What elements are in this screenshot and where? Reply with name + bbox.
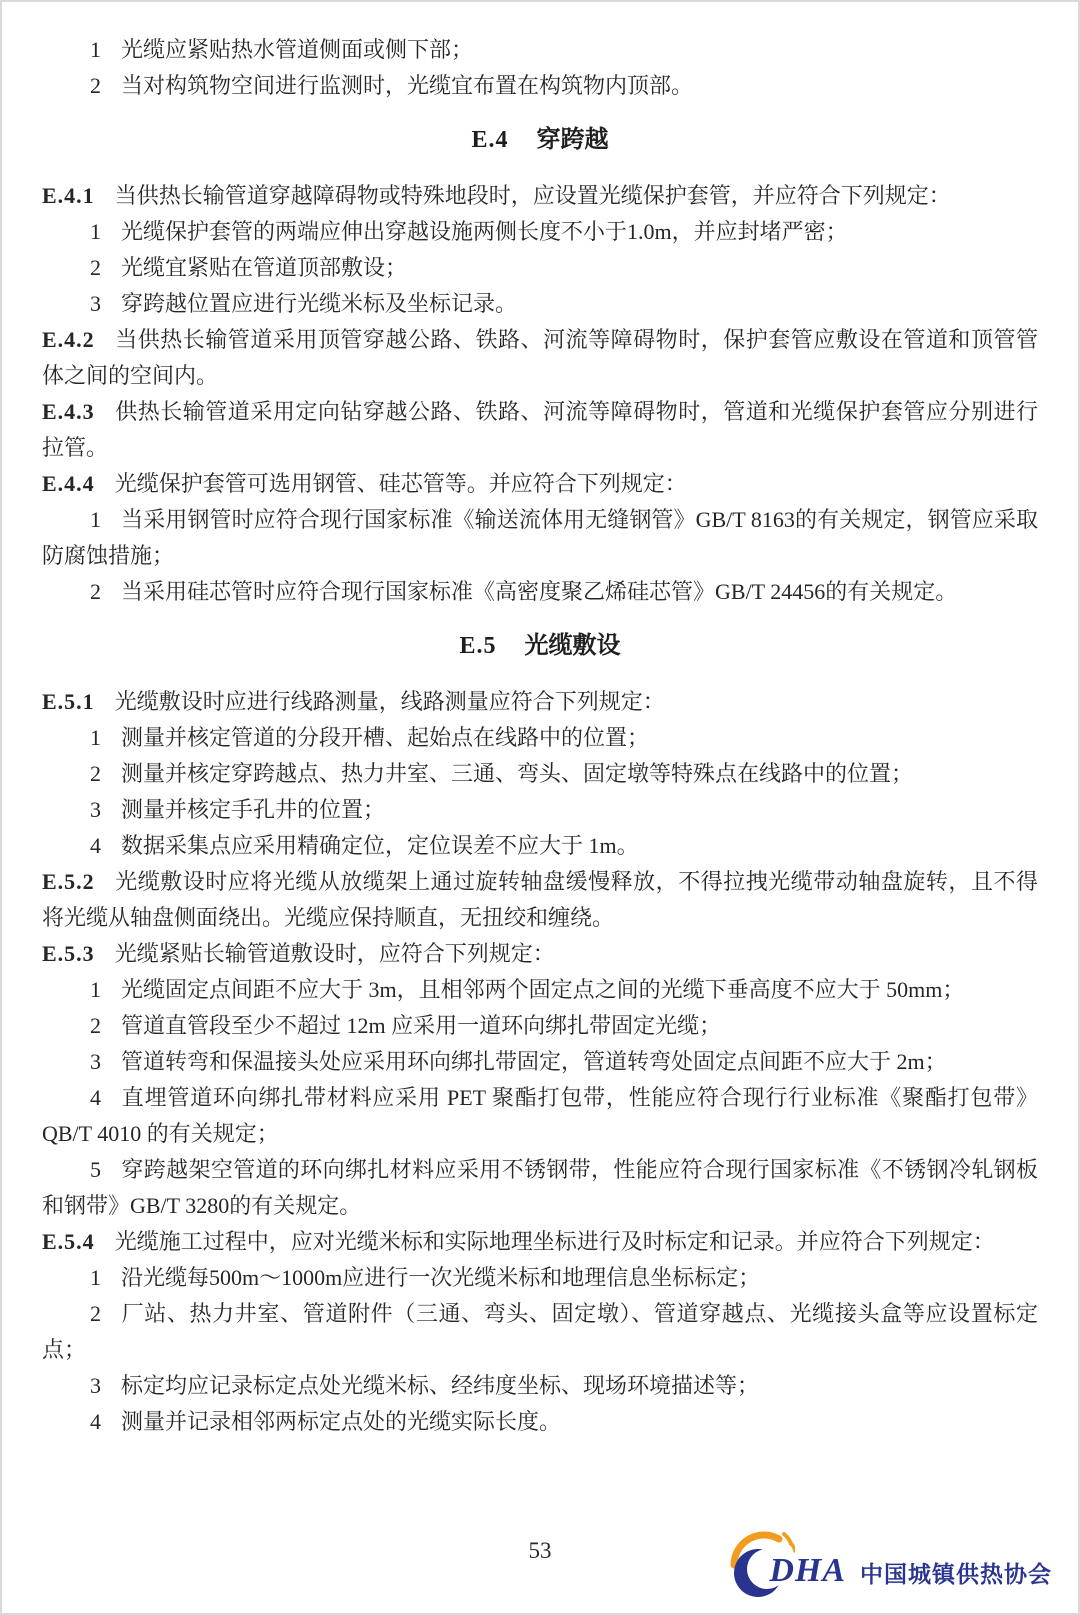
section-title: 光缆敷设 <box>525 633 621 659</box>
item-number: 1 <box>90 1265 101 1290</box>
list-item: 2当采用硅芯管时应符合现行国家标准《高密度聚乙烯硅芯管》GB/T 24456的有… <box>42 574 1038 610</box>
item-number: 1 <box>90 507 101 532</box>
item-text: 测量并核定管道的分段开槽、起始点在线路中的位置； <box>121 725 649 750</box>
item-number: 1 <box>90 725 101 750</box>
logo-org-name: 中国城镇供热协会 <box>860 1556 1052 1589</box>
section-number: E.5 <box>459 633 496 659</box>
item-number: 2 <box>90 579 101 604</box>
item-number: 1 <box>90 977 101 1002</box>
item-number: 2 <box>90 255 101 280</box>
clause-paragraph: E.5.3光缆紧贴长输管道敷设时，应符合下列规定： <box>42 936 1038 972</box>
clause-text: 当供热长输管道穿越障碍物或特殊地段时，应设置光缆保护套管，并应符合下列规定： <box>115 183 951 208</box>
item-text: 标定均应记录标定点处光缆米标、经纬度坐标、现场环境描述等； <box>121 1373 759 1398</box>
item-text: 当采用硅芯管时应符合现行国家标准《高密度聚乙烯硅芯管》GB/T 24456的有关… <box>121 579 957 604</box>
list-item: 4直埋管道环向绑扎带材料应采用 PET 聚酯打包带，性能应符合现行行业标准《聚酯… <box>42 1080 1038 1152</box>
list-item: 1当采用钢管时应符合现行国家标准《输送流体用无缝钢管》GB/T 8163的有关规… <box>42 502 1038 574</box>
clause-paragraph: E.4.3供热长输管道采用定向钻穿越公路、铁路、河流等障碍物时，管道和光缆保护套… <box>42 394 1038 466</box>
list-item: 4测量并记录相邻两标定点处的光缆实际长度。 <box>42 1404 1038 1440</box>
item-number: 2 <box>90 761 101 786</box>
clause-number: E.5.1 <box>42 689 95 714</box>
section-heading-e5: E.5光缆敷设 <box>42 628 1038 664</box>
item-number: 1 <box>90 37 101 62</box>
list-item: 2管道直管段至少不超过 12m 应采用一道环向绑扎带固定光缆； <box>42 1008 1038 1044</box>
list-item: 3标定均应记录标定点处光缆米标、经纬度坐标、现场环境描述等； <box>42 1368 1038 1404</box>
clause-paragraph: E.5.1光缆敷设时应进行线路测量，线路测量应符合下列规定： <box>42 684 1038 720</box>
item-number: 3 <box>90 797 101 822</box>
clause-number: E.4.3 <box>42 399 95 424</box>
list-item: 4数据采集点应采用精确定位，定位误差不应大于 1m。 <box>42 828 1038 864</box>
item-text: 当对构筑物空间进行监测时，光缆宜布置在构筑物内顶部。 <box>121 73 693 98</box>
clause-text: 光缆敷设时应将光缆从放缆架上通过旋转轴盘缓慢释放，不得拉拽光缆带动轴盘旋转，且不… <box>42 869 1038 930</box>
clause-paragraph: E.4.1当供热长输管道穿越障碍物或特殊地段时，应设置光缆保护套管，并应符合下列… <box>42 178 1038 214</box>
clause-number: E.4.4 <box>42 471 95 496</box>
list-item: 1光缆保护套管的两端应伸出穿越设施两侧长度不小于1.0m，并应封堵严密； <box>42 214 1038 250</box>
association-logo: DHA 中国城镇供热协会 <box>729 1526 1052 1602</box>
clause-text: 光缆紧贴长输管道敷设时，应符合下列规定： <box>115 941 555 966</box>
section-heading-e4: E.4穿跨越 <box>42 122 1038 158</box>
list-item: 1光缆固定点间距不应大于 3m，且相邻两个固定点之间的光缆下垂高度不应大于 50… <box>42 972 1038 1008</box>
list-item: 1沿光缆每500m～1000m应进行一次光缆米标和地理信息坐标标定； <box>42 1260 1038 1296</box>
clause-number: E.5.2 <box>42 869 95 894</box>
list-item: 1测量并核定管道的分段开槽、起始点在线路中的位置； <box>42 720 1038 756</box>
clause-paragraph: E.4.4光缆保护套管可选用钢管、硅芯管等。并应符合下列规定： <box>42 466 1038 502</box>
item-text: 穿跨越位置应进行光缆米标及坐标记录。 <box>121 291 517 316</box>
clause-text: 光缆施工过程中，应对光缆米标和实际地理坐标进行及时标定和记录。并应符合下列规定： <box>115 1229 995 1254</box>
item-text: 测量并记录相邻两标定点处的光缆实际长度。 <box>121 1409 561 1434</box>
item-text: 光缆宜紧贴在管道顶部敷设； <box>121 255 407 280</box>
item-text: 管道转弯和保温接头处应采用环向绑扎带固定，管道转弯处固定点间距不应大于 2m； <box>121 1049 947 1074</box>
clause-text: 光缆敷设时应进行线路测量，线路测量应符合下列规定： <box>115 689 665 714</box>
item-number: 2 <box>90 1301 101 1326</box>
clause-number: E.4.1 <box>42 183 95 208</box>
item-number: 3 <box>90 291 101 316</box>
item-text: 光缆保护套管的两端应伸出穿越设施两侧长度不小于1.0m，并应封堵严密； <box>121 219 848 244</box>
clause-text: 当供热长输管道采用顶管穿越公路、铁路、河流等障碍物时，保护套管应敷设在管道和顶管… <box>42 327 1038 388</box>
list-item: 2光缆宜紧贴在管道顶部敷设； <box>42 250 1038 286</box>
list-item: 2测量并核定穿跨越点、热力井室、三通、弯头、固定墩等特殊点在线路中的位置； <box>42 756 1038 792</box>
item-number: 2 <box>90 1013 101 1038</box>
clause-number: E.4.2 <box>42 327 95 352</box>
list-item: 3管道转弯和保温接头处应采用环向绑扎带固定，管道转弯处固定点间距不应大于 2m； <box>42 1044 1038 1080</box>
section-title: 穿跨越 <box>537 127 609 153</box>
section-number: E.4 <box>471 127 508 153</box>
clause-text: 光缆保护套管可选用钢管、硅芯管等。并应符合下列规定： <box>115 471 687 496</box>
item-text: 当采用钢管时应符合现行国家标准《输送流体用无缝钢管》GB/T 8163的有关规定… <box>42 507 1038 568</box>
item-number: 1 <box>90 219 101 244</box>
item-text: 直埋管道环向绑扎带材料应采用 PET 聚酯打包带，性能应符合现行行业标准《聚酯打… <box>42 1085 1038 1146</box>
item-number: 4 <box>90 1085 101 1110</box>
item-text: 光缆应紧贴热水管道侧面或侧下部； <box>121 37 473 62</box>
clause-paragraph: E.4.2当供热长输管道采用顶管穿越公路、铁路、河流等障碍物时，保护套管应敷设在… <box>42 322 1038 394</box>
item-number: 4 <box>90 833 101 858</box>
item-number: 3 <box>90 1049 101 1074</box>
item-number: 2 <box>90 73 101 98</box>
item-text: 光缆固定点间距不应大于 3m，且相邻两个固定点之间的光缆下垂高度不应大于 50m… <box>121 977 964 1002</box>
item-number: 3 <box>90 1373 101 1398</box>
item-text: 测量并核定手孔井的位置； <box>121 797 385 822</box>
item-text: 沿光缆每500m～1000m应进行一次光缆米标和地理信息坐标标定； <box>121 1265 760 1290</box>
list-item: 3测量并核定手孔井的位置； <box>42 792 1038 828</box>
logo-acronym: DHA <box>769 1552 846 1590</box>
item-number: 4 <box>90 1409 101 1434</box>
item-text: 厂站、热力井室、管道附件（三通、弯头、固定墩）、管道穿越点、光缆接头盒等应设置标… <box>42 1301 1038 1362</box>
clause-paragraph: E.5.4光缆施工过程中，应对光缆米标和实际地理坐标进行及时标定和记录。并应符合… <box>42 1224 1038 1260</box>
document-page: 1光缆应紧贴热水管道侧面或侧下部； 2当对构筑物空间进行监测时，光缆宜布置在构筑… <box>0 0 1080 1615</box>
clause-number: E.5.3 <box>42 941 95 966</box>
item-text: 穿跨越架空管道的环向绑扎材料应采用不锈钢带，性能应符合现行国家标准《不锈钢冷轧钢… <box>42 1157 1038 1218</box>
list-item: 3穿跨越位置应进行光缆米标及坐标记录。 <box>42 286 1038 322</box>
clause-number: E.5.4 <box>42 1229 95 1254</box>
list-item: 2当对构筑物空间进行监测时，光缆宜布置在构筑物内顶部。 <box>42 68 1038 104</box>
clause-paragraph: E.5.2光缆敷设时应将光缆从放缆架上通过旋转轴盘缓慢释放，不得拉拽光缆带动轴盘… <box>42 864 1038 936</box>
list-item: 1光缆应紧贴热水管道侧面或侧下部； <box>42 32 1038 68</box>
clause-text: 供热长输管道采用定向钻穿越公路、铁路、河流等障碍物时，管道和光缆保护套管应分别进… <box>42 399 1038 460</box>
item-text: 数据采集点应采用精确定位，定位误差不应大于 1m。 <box>121 833 639 858</box>
item-text: 测量并核定穿跨越点、热力井室、三通、弯头、固定墩等特殊点在线路中的位置； <box>121 761 913 786</box>
list-item: 5穿跨越架空管道的环向绑扎材料应采用不锈钢带，性能应符合现行国家标准《不锈钢冷轧… <box>42 1152 1038 1224</box>
item-text: 管道直管段至少不超过 12m 应采用一道环向绑扎带固定光缆； <box>121 1013 721 1038</box>
list-item: 2厂站、热力井室、管道附件（三通、弯头、固定墩）、管道穿越点、光缆接头盒等应设置… <box>42 1296 1038 1368</box>
item-number: 5 <box>90 1157 101 1182</box>
